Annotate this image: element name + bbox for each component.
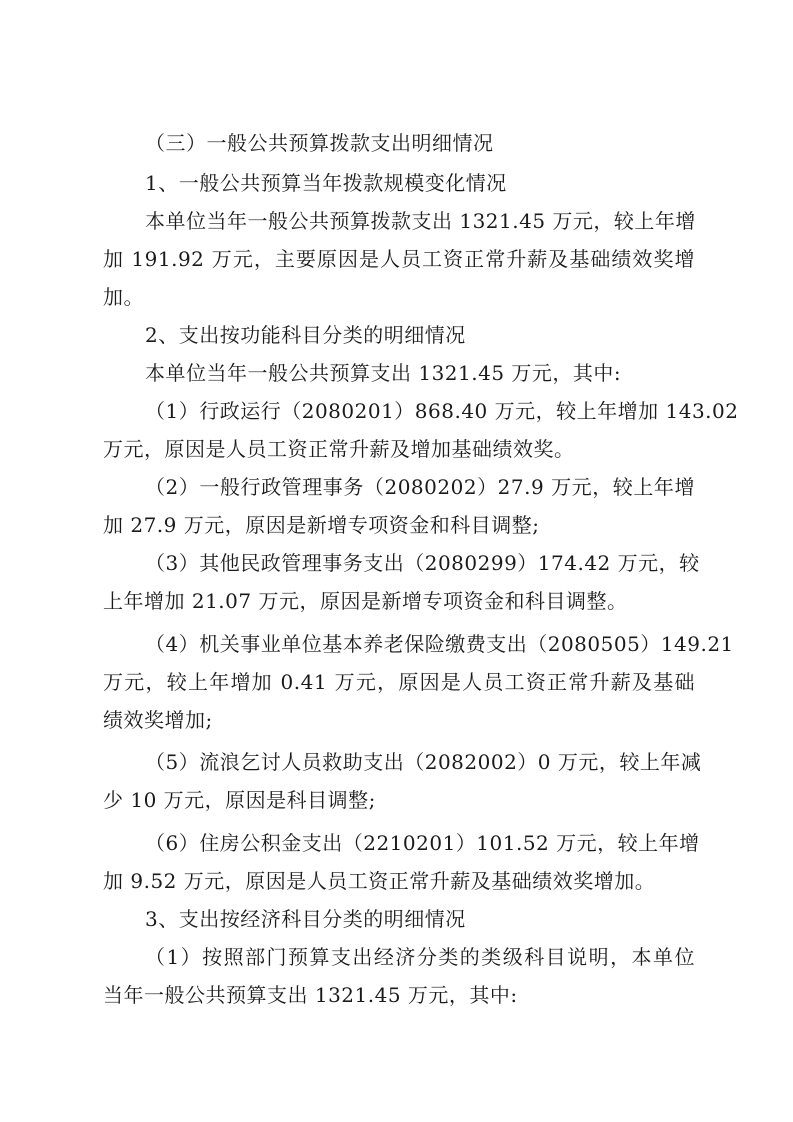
section-heading: （三）一般公共预算拨款支出明细情况: [145, 128, 695, 158]
item-1-line: 万元，原因是人员工资正常升薪及增加基础绩效奖。: [103, 434, 695, 464]
item-6-line: （6）住房公积金支出（2210201）101.52 万元，较上年增: [145, 828, 695, 858]
item-3-line: 上年增加 21.07 万元，原因是新增专项资金和科目调整。: [103, 586, 695, 616]
document-page: （三）一般公共预算拨款支出明细情况 1、一般公共预算当年拨款规模变化情况 本单位…: [0, 0, 793, 1122]
item-5-line: 少 10 万元，原因是科目调整;: [103, 785, 695, 815]
subsection-3-heading: 3、支出按经济科目分类的明细情况: [145, 904, 695, 934]
item-3-line: （3）其他民政管理事务支出（2080299）174.42 万元，较: [145, 548, 695, 578]
item-4-line: 万元，较上年增加 0.41 万元，原因是人员工资正常升薪及基础: [103, 667, 695, 697]
paragraph-line: （1）按照部门预算支出经济分类的类级科目说明，本单位: [145, 942, 695, 972]
item-6-line: 加 9.52 万元，原因是人员工资正常升薪及基础绩效奖增加。: [103, 866, 695, 896]
paragraph-line: 当年一般公共预算支出 1321.45 万元，其中:: [103, 980, 695, 1010]
subsection-2-intro: 本单位当年一般公共预算支出 1321.45 万元，其中:: [145, 358, 695, 388]
item-4-line: 绩效奖增加;: [103, 705, 695, 735]
subsection-2-heading: 2、支出按功能科目分类的明细情况: [145, 320, 695, 350]
item-5-line: （5）流浪乞讨人员救助支出（2082002）0 万元，较上年减: [145, 747, 695, 777]
item-4-line: （4）机关事业单位基本养老保险缴费支出（2080505）149.21: [145, 629, 695, 659]
subsection-1-heading: 1、一般公共预算当年拨款规模变化情况: [145, 168, 695, 198]
item-2-line: 加 27.9 万元，原因是新增专项资金和科目调整;: [103, 510, 695, 540]
item-2-line: （2）一般行政管理事务（2080202）27.9 万元，较上年增: [145, 472, 695, 502]
item-1-line: （1）行政运行（2080201）868.40 万元，较上年增加 143.02: [145, 396, 695, 426]
paragraph-line: 加。: [103, 282, 695, 312]
paragraph-line: 本单位当年一般公共预算拨款支出 1321.45 万元，较上年增: [145, 206, 695, 236]
paragraph-line: 加 191.92 万元，主要原因是人员工资正常升薪及基础绩效奖增: [103, 244, 695, 274]
